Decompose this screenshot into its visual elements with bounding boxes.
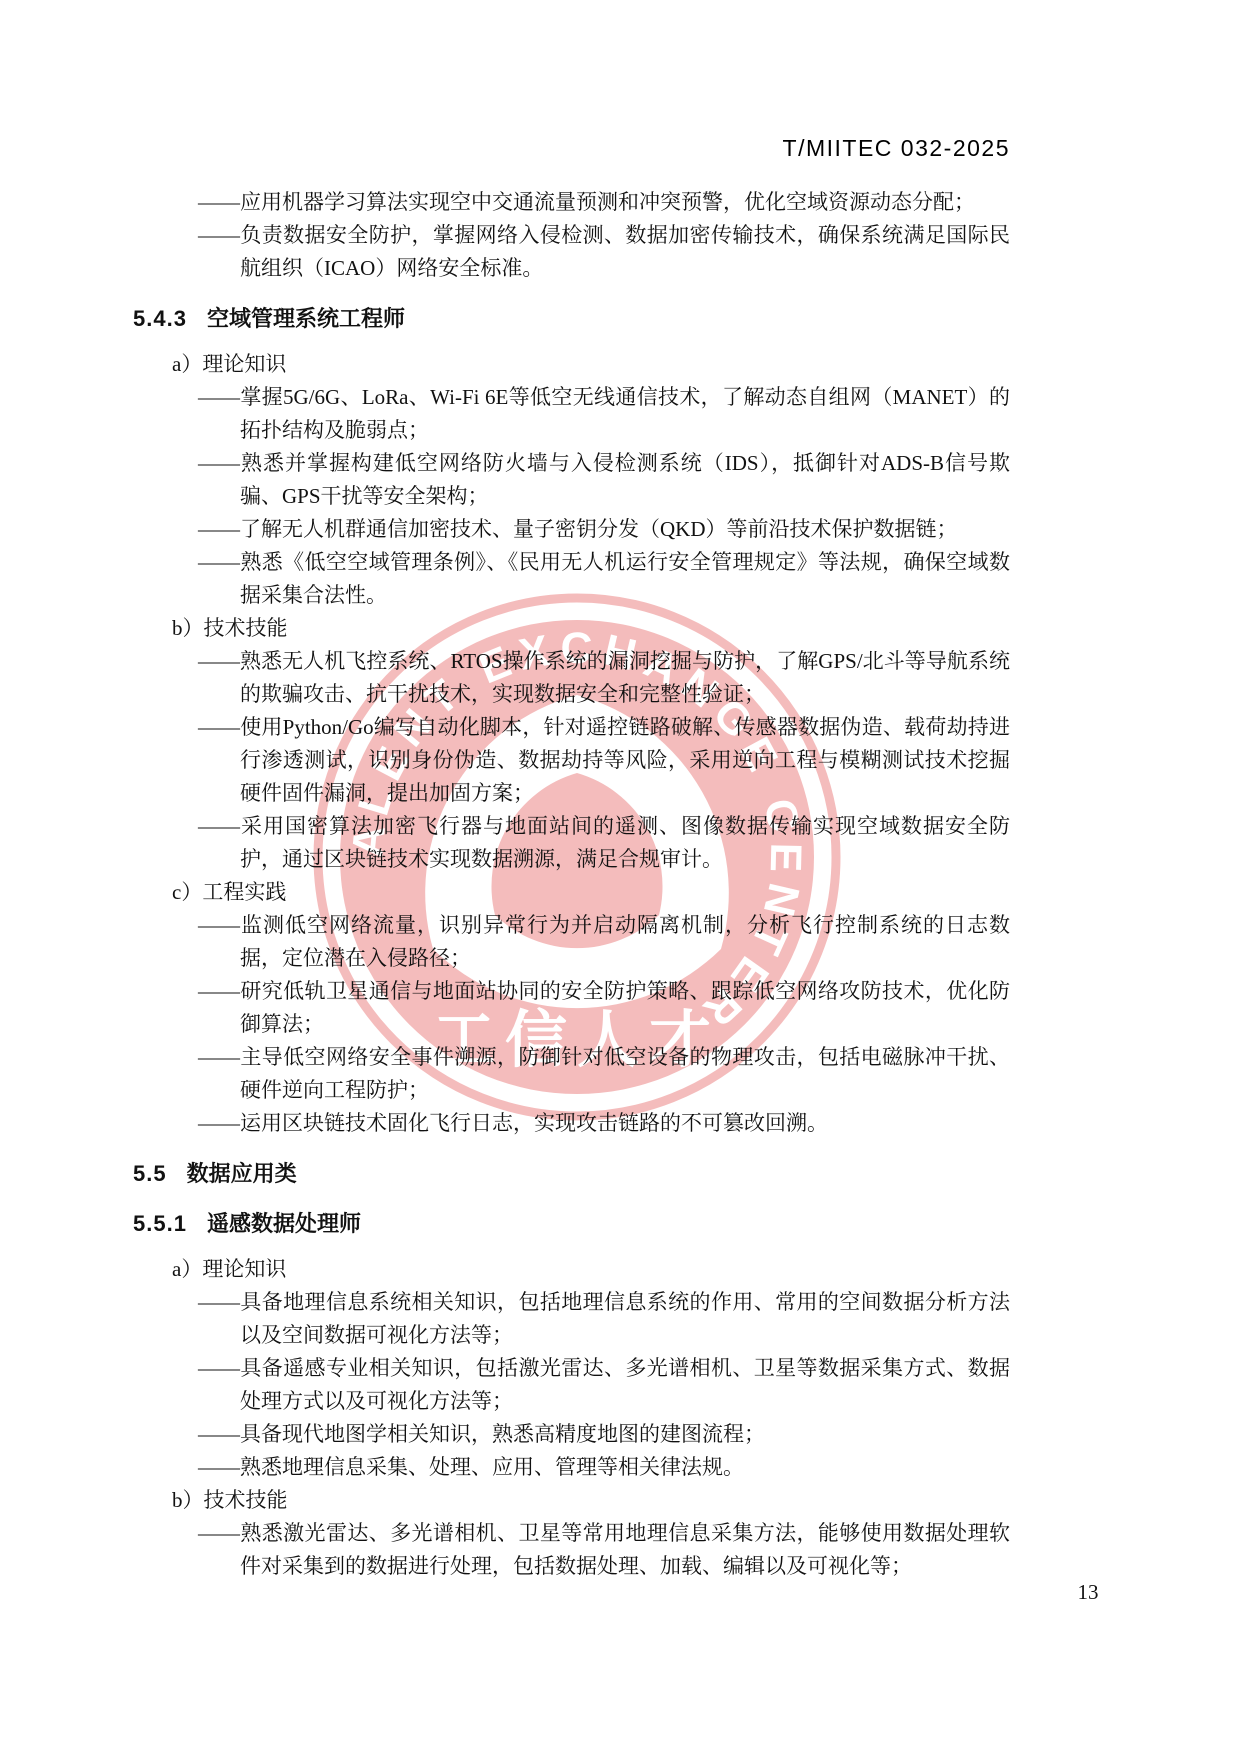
bullet-paragraph: ——具备地理信息系统相关知识，包括地理信息系统的作用、常用的空间数据分析方法以及…	[133, 1286, 1010, 1352]
doc-number: T/MIITEC 032-2025	[783, 135, 1010, 161]
section-number: 5.4.3	[133, 306, 187, 331]
bullet-paragraph: ——熟悉无人机飞控系统、RTOS操作系统的漏洞挖掘与防护，了解GPS/北斗等导航…	[133, 645, 1010, 711]
list-label: c）工程实践	[172, 876, 1010, 909]
bullet-paragraph: ——具备遥感专业相关知识，包括激光雷达、多光谱相机、卫星等数据采集方式、数据处理…	[133, 1352, 1010, 1418]
bullet-paragraph: ——应用机器学习算法实现空中交通流量预测和冲突预警，优化空域资源动态分配；	[133, 186, 1010, 219]
section-heading-5.4.3: 5.4.3空域管理系统工程师	[133, 302, 1010, 335]
page-header: T/MIITEC 032-2025	[783, 135, 1010, 162]
list-label: b）技术技能	[172, 1484, 1010, 1517]
section-title: 数据应用类	[187, 1161, 297, 1186]
document-body: ——应用机器学习算法实现空中交通流量预测和冲突预警，优化空域资源动态分配；——负…	[133, 186, 1010, 1583]
section-number: 5.5.1	[133, 1211, 187, 1236]
bullet-paragraph: ——了解无人机群通信加密技术、量子密钥分发（QKD）等前沿技术保护数据链；	[133, 513, 1010, 546]
list-label: b）技术技能	[172, 612, 1010, 645]
document-page: MIIT TALENT EXCHANGE CENTER 工信人才 T/MIITE…	[0, 0, 1241, 1755]
bullet-paragraph: ——掌握5G/6G、LoRa、Wi-Fi 6E等低空无线通信技术，了解动态自组网…	[133, 381, 1010, 447]
bullet-paragraph: ——熟悉《低空空域管理条例》、《民用无人机运行安全管理规定》等法规，确保空域数据…	[133, 546, 1010, 612]
bullet-paragraph: ——熟悉地理信息采集、处理、应用、管理等相关律法规。	[133, 1451, 1010, 1484]
section-number: 5.5	[133, 1161, 167, 1186]
list-label: a）理论知识	[172, 348, 1010, 381]
bullet-paragraph: ——熟悉激光雷达、多光谱相机、卫星等常用地理信息采集方法，能够使用数据处理软件对…	[133, 1517, 1010, 1583]
section-heading-5.5.1: 5.5.1遥感数据处理师	[133, 1207, 1010, 1240]
bullet-paragraph: ——主导低空网络安全事件溯源，防御针对低空设备的物理攻击，包括电磁脉冲干扰、硬件…	[133, 1041, 1010, 1107]
bullet-paragraph: ——采用国密算法加密飞行器与地面站间的遥测、图像数据传输实现空域数据安全防护，通…	[133, 810, 1010, 876]
bullet-paragraph: ——负责数据安全防护，掌握网络入侵检测、数据加密传输技术，确保系统满足国际民航组…	[133, 219, 1010, 285]
page-footer: 13	[1066, 1580, 1110, 1605]
section-title: 空域管理系统工程师	[207, 306, 405, 331]
section-title: 遥感数据处理师	[207, 1211, 361, 1236]
bullet-paragraph: ——运用区块链技术固化飞行日志，实现攻击链路的不可篡改回溯。	[133, 1107, 1010, 1140]
page-number: 13	[1078, 1580, 1099, 1604]
bullet-paragraph: ——使用Python/Go编写自动化脚本，针对遥控链路破解、传感器数据伪造、载荷…	[133, 711, 1010, 810]
bullet-paragraph: ——具备现代地图学相关知识，熟悉高精度地图的建图流程；	[133, 1418, 1010, 1451]
section-heading-5.5: 5.5数据应用类	[133, 1157, 1010, 1190]
bullet-paragraph: ——监测低空网络流量，识别异常行为并启动隔离机制，分析飞行控制系统的日志数据，定…	[133, 909, 1010, 975]
bullet-paragraph: ——熟悉并掌握构建低空网络防火墙与入侵检测系统（IDS），抵御针对ADS-B信号…	[133, 447, 1010, 513]
bullet-paragraph: ——研究低轨卫星通信与地面站协同的安全防护策略、跟踪低空网络攻防技术，优化防御算…	[133, 975, 1010, 1041]
list-label: a）理论知识	[172, 1253, 1010, 1286]
